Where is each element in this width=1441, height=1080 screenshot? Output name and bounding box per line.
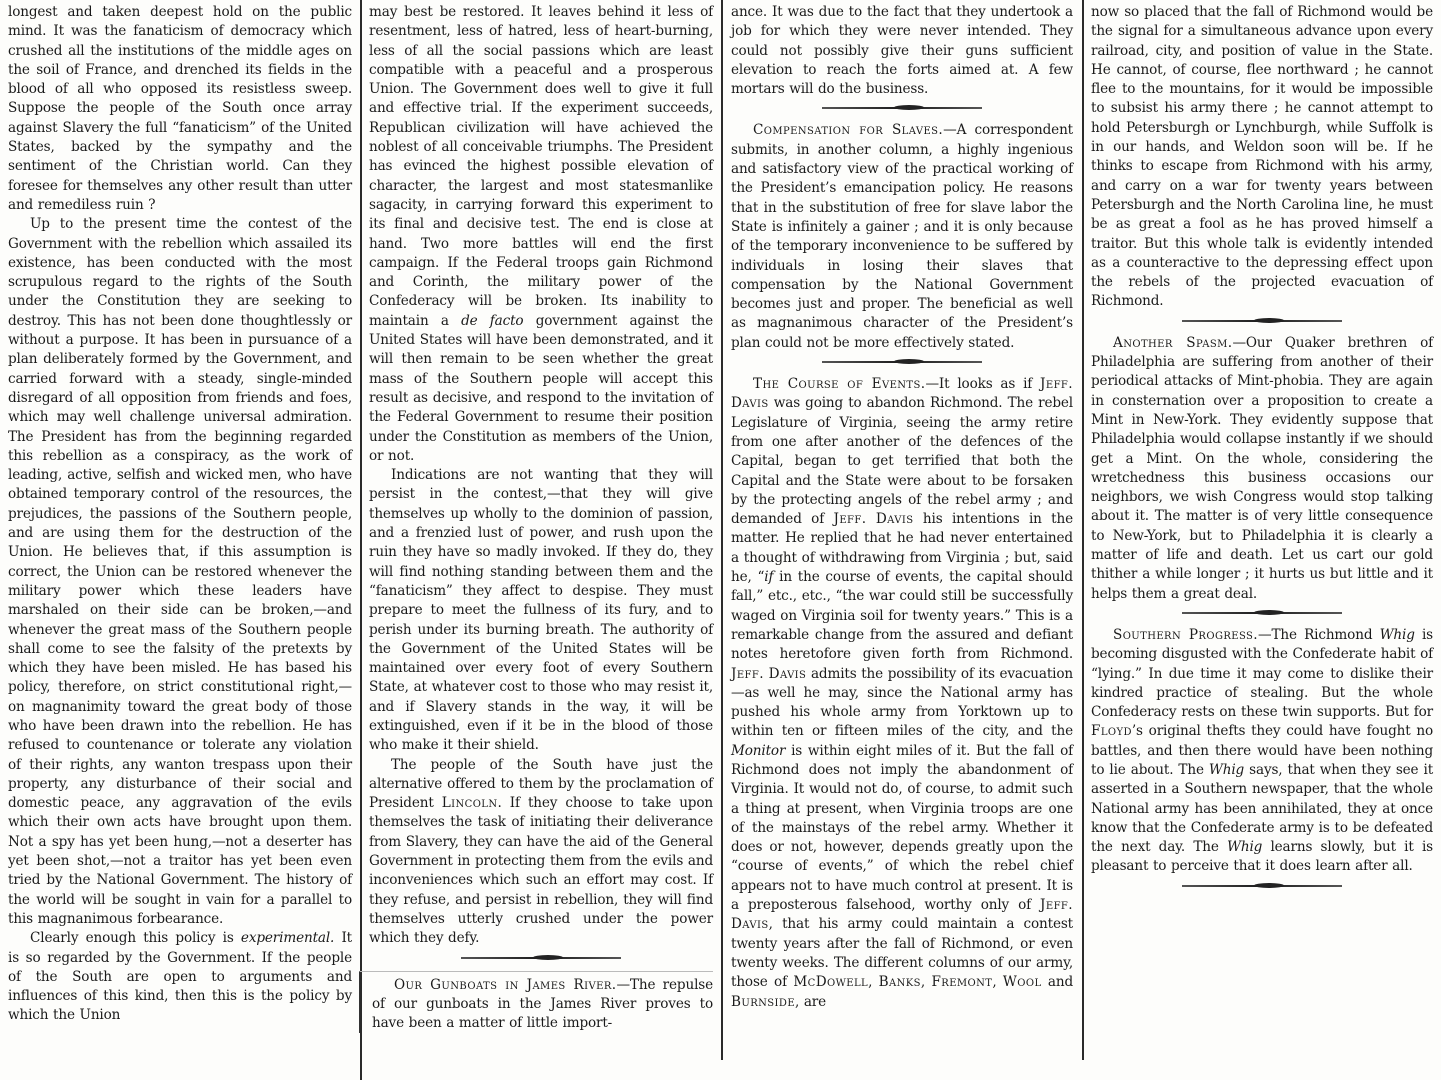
section-divider — [1091, 606, 1433, 620]
emphasis-run: if — [764, 569, 773, 585]
text-run: may best be restored. It leaves behind i… — [369, 4, 713, 329]
column-4: now so placed that the fall of Richmond … — [1091, 3, 1433, 899]
emphasis-run: Whig — [1380, 627, 1415, 643]
text-run: . If they choose to take upon themselves… — [369, 795, 713, 946]
section-divider — [731, 101, 1073, 115]
smallcaps-run: Davis — [769, 666, 807, 682]
text-run: —The Richmond — [1258, 627, 1380, 643]
smallcaps-run: Floyd — [1091, 723, 1132, 739]
news-item-southern-progress: Southern Progress.—The Richmond Whig is … — [1091, 626, 1433, 877]
news-item-course-of-events: The Course of Events.—It looks as if Jef… — [731, 375, 1073, 1012]
smallcaps-run: Jeff. — [1040, 376, 1073, 392]
text-run: —It looks as if — [925, 376, 1040, 392]
item-heading: Our Gunboats in James River. — [394, 977, 616, 993]
smallcaps-run: Lincoln — [442, 795, 498, 811]
column-2: may best be restored. It leaves behind i… — [369, 3, 713, 1033]
text-run: is within eight miles of it. But the fal… — [731, 743, 1073, 913]
item-heading: Compensation for Slaves. — [753, 122, 943, 138]
text-run — [866, 511, 875, 527]
emphasis-run: experimental. — [241, 930, 334, 946]
text-run: government against the United States wil… — [369, 313, 713, 464]
column-rule — [721, 0, 723, 1060]
smallcaps-run: Jeff. — [1040, 897, 1073, 913]
text-run: —Our Quaker brethren of Philadelphia are… — [1091, 335, 1433, 602]
newspaper-page: longest and taken deepest hold on the pu… — [0, 0, 1441, 1080]
item-body: —The Richmond Whig is becoming disgusted… — [1091, 627, 1433, 875]
smallcaps-run: Banks — [879, 974, 921, 990]
text-run: Clearly enough this policy is — [30, 930, 241, 946]
smallcaps-run: Jeff. — [833, 511, 866, 527]
text-run: , — [868, 974, 879, 990]
smallcaps-run: Fremont — [931, 974, 992, 990]
item-heading: The Course of Events. — [753, 376, 925, 392]
emphasis-run: Whig — [1227, 839, 1262, 855]
item-heading: Southern Progress. — [1113, 627, 1258, 643]
smallcaps-run: McDowell — [793, 974, 868, 990]
column-rule — [1082, 0, 1084, 1060]
paragraph: longest and taken deepest hold on the pu… — [8, 3, 352, 215]
emphasis-run: Whig — [1209, 762, 1244, 778]
item-heading: Another Spasm. — [1113, 335, 1232, 351]
smallcaps-run: Wool — [1003, 974, 1042, 990]
item-body: —It looks as if Jeff. Davis was going to… — [731, 376, 1073, 1010]
column-3: ance. It was due to the fact that they u… — [731, 3, 1073, 1012]
paragraph: Clearly enough this policy is experiment… — [8, 929, 352, 1025]
emphasis-run: Monitor — [731, 743, 785, 759]
text-run: and — [1042, 974, 1073, 990]
news-item-gunboats: Our Gunboats in James River.—The repulse… — [359, 971, 713, 1034]
smallcaps-run: Davis — [731, 916, 769, 932]
paragraph: ance. It was due to the fact that they u… — [731, 3, 1073, 99]
text-run: , are — [795, 994, 826, 1010]
paragraph: Indications are not wanting that they wi… — [369, 466, 713, 755]
section-divider — [731, 355, 1073, 369]
text-run: , — [992, 974, 1003, 990]
paragraph: may best be restored. It leaves behind i… — [369, 3, 713, 466]
text-run: —A correspondent submits, in another col… — [731, 122, 1073, 350]
news-item-compensation: Compensation for Slaves.—A correspondent… — [731, 121, 1073, 353]
section-divider — [369, 951, 713, 965]
column-rule — [360, 0, 362, 1080]
section-divider — [1091, 314, 1433, 328]
paragraph: now so placed that the fall of Richmond … — [1091, 3, 1433, 312]
emphasis-run: de facto — [461, 313, 523, 329]
smallcaps-run: Davis — [731, 395, 769, 411]
smallcaps-run: Burnside — [731, 994, 795, 1010]
column-1: longest and taken deepest hold on the pu… — [8, 3, 352, 1026]
text-run: in the course of events, the capital sho… — [731, 569, 1073, 662]
paragraph: Our Gunboats in James River.—The repulse… — [372, 976, 713, 1034]
news-item-another-spasm: Another Spasm.—Our Quaker brethren of Ph… — [1091, 334, 1433, 604]
smallcaps-run: Jeff. — [731, 666, 764, 682]
paragraph: Up to the present time the contest of th… — [8, 215, 352, 929]
text-run: was going to abandon Richmond. The rebel… — [731, 395, 1073, 527]
section-divider — [1091, 879, 1433, 893]
text-run: , — [921, 974, 932, 990]
smallcaps-run: Davis — [876, 511, 914, 527]
paragraph: The people of the South have just the al… — [369, 756, 713, 949]
